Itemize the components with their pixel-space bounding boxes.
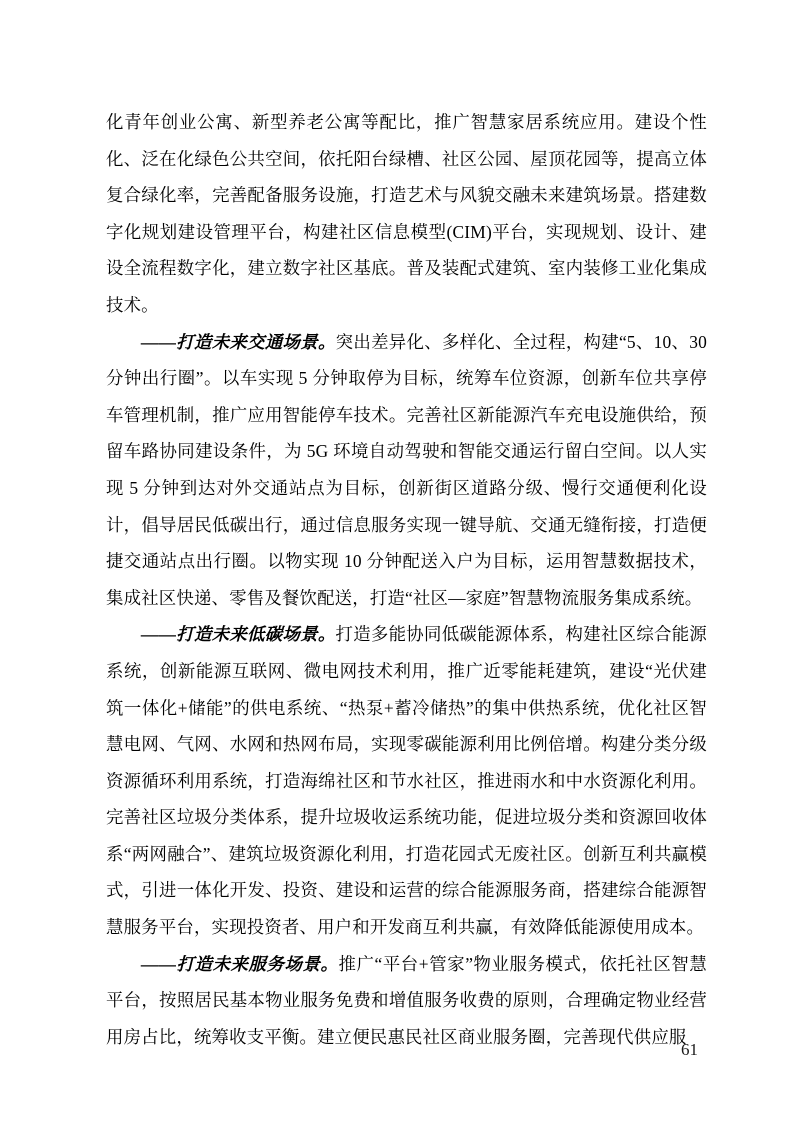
paragraph-body: 化青年创业公寓、新型养老公寓等配比，推广智慧家居系统应用。建设个性化、泛在化绿色… <box>106 112 707 315</box>
paragraph-future-lowcarbon-scene: ——打造未来低碳场景。打造多能协同低碳能源体系，构建社区综合能源系统，创新能源互… <box>106 616 707 945</box>
paragraph-lead: ——打造未来服务场景。 <box>141 954 339 974</box>
paragraph-building-scene-continued: 化青年创业公寓、新型养老公寓等配比，推广智慧家居系统应用。建设个性化、泛在化绿色… <box>106 104 707 324</box>
paragraph-body: 突出差异化、多样化、全过程，构建“5、10、30 分钟出行圈”。以车实现 5 分… <box>106 332 707 608</box>
document-body: 化青年创业公寓、新型养老公寓等配比，推广智慧家居系统应用。建设个性化、泛在化绿色… <box>106 104 707 1055</box>
paragraph-future-service-scene: ——打造未来服务场景。推广“平台+管家”物业服务模式，依托社区智慧平台，按照居民… <box>106 946 707 1056</box>
paragraph-future-transport-scene: ——打造未来交通场景。突出差异化、多样化、全过程，构建“5、10、30 分钟出行… <box>106 324 707 617</box>
paragraph-lead: ——打造未来低碳场景。 <box>141 624 336 644</box>
paragraph-body: 打造多能协同低碳能源体系，构建社区综合能源系统，创新能源互联网、微电网技术利用，… <box>106 624 707 937</box>
page-number: 61 <box>681 1038 698 1062</box>
document-page: 化青年创业公寓、新型养老公寓等配比，推广智慧家居系统应用。建设个性化、泛在化绿色… <box>0 0 793 1122</box>
paragraph-lead: ——打造未来交通场景。 <box>141 332 336 352</box>
